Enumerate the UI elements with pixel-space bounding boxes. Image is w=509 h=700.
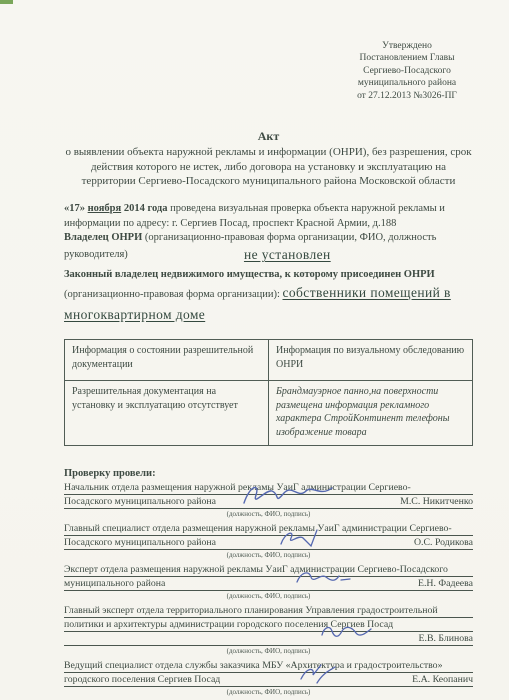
signature-title-text: Главный специалист отдела размещения нар… <box>64 523 452 534</box>
legal-owner-value-line2: многоквартирном доме <box>64 305 473 326</box>
scanned-document-page: Утверждено Постановлением Главы Сергиево… <box>0 0 509 700</box>
signature-title-line: Главный специалист отдела размещения нар… <box>64 522 473 536</box>
legal-owner-value-part1: собственники помещений в <box>283 285 451 300</box>
approval-line: Постановлением Главы <box>341 52 473 64</box>
signature-caption: (должность, ФИО, подпись) <box>64 592 473 601</box>
inspection-date: «17» <box>64 203 85 214</box>
table-header-permits: Информация о состоянии разрешительной до… <box>65 340 269 381</box>
inspection-info-table: Информация о состоянии разрешительной до… <box>64 339 473 446</box>
legal-owner-paren: (организационно-правовая форма организац… <box>64 289 280 300</box>
signature-title-cont: Посадского муниципального района <box>64 536 216 549</box>
signature-entry: Ведущий специалист отдела службы заказчи… <box>64 659 473 697</box>
owner-paren-cont: руководителя) <box>64 249 128 260</box>
legal-owner-label: Законный владелец недвижимого имущества,… <box>64 268 473 283</box>
table-header-visual: Информация по визуальному обследованию О… <box>269 340 473 381</box>
legal-owner-value-part2: многоквартирном доме <box>64 307 205 322</box>
table-cell-visual-observation: Брандмауэрное панно,на поверхности разме… <box>269 381 473 446</box>
signature-title-line: Эксперт отдела размещения наружной рекла… <box>64 563 473 577</box>
signature-sign-line: городского поселения Сергиев Посад Е.А. … <box>64 673 473 687</box>
approval-line: Сергиево-Посадского <box>341 65 473 77</box>
signature-caption: (должность, ФИО, подпись) <box>64 510 473 519</box>
signature-title-cont: Посадского муниципального района <box>64 495 216 508</box>
signature-name: Е.Н. Фадеева <box>418 577 473 590</box>
signature-entry: Главный эксперт отдела территориального … <box>64 604 473 656</box>
signature-title-text: политики и архитектуры администрации гор… <box>64 619 393 630</box>
signature-name: М.С. Никитченко <box>400 495 473 508</box>
signature-title-line: Главный эксперт отдела территориального … <box>64 604 473 618</box>
owner-label: Владелец ОНРИ <box>64 232 142 243</box>
signatures-heading: Проверку провели: <box>64 468 473 479</box>
signature-sign-line: муниципального района Е.Н. Фадеева <box>64 577 473 591</box>
legal-owner-value-line1: (организационно-правовая форма организац… <box>64 283 473 305</box>
inspection-paragraph: «17» ноября 2014 года проведена визуальн… <box>64 202 473 246</box>
signature-title-text: Главный эксперт отдела территориального … <box>64 605 438 616</box>
inspection-text: проведена визуальная проверка объекта на… <box>64 203 445 229</box>
signature-caption: (должность, ФИО, подпись) <box>64 551 473 560</box>
signature-sign-line: Е.В. Блинова <box>64 632 473 646</box>
signature-title-cont: муниципального района <box>64 577 165 590</box>
table-row: Разрешительная документация на установку… <box>65 381 473 446</box>
approval-block: Утверждено Постановлением Главы Сергиево… <box>341 40 473 102</box>
signature-caption: (должность, ФИО, подпись) <box>64 688 473 697</box>
signature-caption: (должность, ФИО, подпись) <box>64 647 473 656</box>
legal-owner-section: Законный владелец недвижимого имущества,… <box>64 268 473 326</box>
owner-value: не установлен <box>244 246 331 264</box>
approval-line: муниципального района <box>341 77 473 89</box>
signature-name: Е.В. Блинова <box>419 632 473 645</box>
document-content: Утверждено Постановлением Главы Сергиево… <box>64 0 473 700</box>
owner-paren: (организационно-правовая форма организац… <box>145 232 437 243</box>
signature-entry: Главный специалист отдела размещения нар… <box>64 522 473 560</box>
signature-title-line2: политики и архитектуры администрации гор… <box>64 618 473 632</box>
table-header-row: Информация о состоянии разрешительной до… <box>65 340 473 381</box>
signature-entry: Эксперт отдела размещения наружной рекла… <box>64 563 473 601</box>
owner-value-line: руководителя) не установлен <box>64 246 473 266</box>
signature-title-text: Эксперт отдела размещения наружной рекла… <box>64 564 448 575</box>
table-cell-permit-status: Разрешительная документация на установку… <box>65 381 269 446</box>
legal-owner-label-text: Законный владелец недвижимого имущества,… <box>64 269 435 280</box>
approval-line: от 27.12.2013 №3026-ПГ <box>341 90 473 102</box>
signature-title-text: Ведущий специалист отдела службы заказчи… <box>64 660 442 671</box>
scan-artifact <box>0 0 13 4</box>
signature-name: О.С. Родикова <box>414 536 473 549</box>
signature-entry: Начальник отдела размещения наружной рек… <box>64 481 473 519</box>
signature-sign-line: Посадского муниципального района М.С. Ни… <box>64 495 473 509</box>
signature-title-line: Ведущий специалист отдела службы заказчи… <box>64 659 473 673</box>
document-title: Акт <box>64 129 473 144</box>
inspection-month: ноября <box>88 203 122 214</box>
signature-title-line: Начальник отдела размещения наружной рек… <box>64 481 473 495</box>
signature-sign-line: Посадского муниципального района О.С. Ро… <box>64 536 473 550</box>
signature-title-cont: городского поселения Сергиев Посад <box>64 673 220 686</box>
signature-name: Е.А. Кеопанич <box>412 673 473 686</box>
inspection-year: 2014 года <box>124 203 168 214</box>
signature-title-text: Начальник отдела размещения наружной рек… <box>64 482 411 493</box>
document-subtitle: о выявлении объекта наружной рекламы и и… <box>64 145 473 189</box>
approval-line: Утверждено <box>341 40 473 52</box>
